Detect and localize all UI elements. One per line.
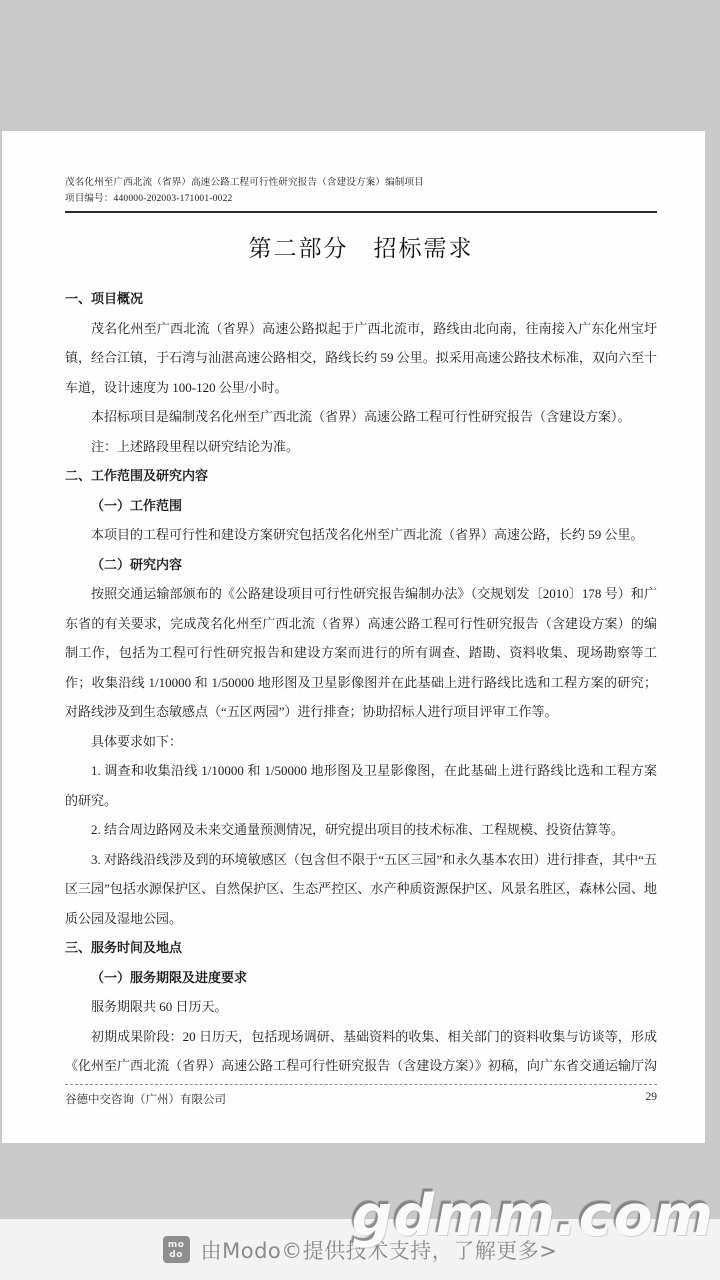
- paragraph: 具体要求如下：: [65, 727, 657, 757]
- header-rule: [65, 211, 657, 213]
- modo-logo-line2: do: [169, 1250, 183, 1260]
- section-heading: （一）服务期限及进度要求: [65, 963, 657, 993]
- paragraph: 服务期限共 60 日历天。: [65, 992, 657, 1022]
- support-link[interactable]: 由Modo©提供技术支持，了解更多>: [201, 1235, 558, 1265]
- section-heading: （二）研究内容: [65, 550, 657, 580]
- app-background: { "page": { "header": { "line1": "茂名化州至广…: [0, 0, 720, 1280]
- paragraph: 注：上述路段里程以研究结论为准。: [65, 432, 657, 462]
- paragraph: 按照交通运输部颁布的《公路建设项目可行性研究报告编制办法》（交规划发〔2010〕…: [65, 579, 657, 727]
- paragraph: 2. 结合周边路网及未来交通量预测情况，研究提出项目的技术标准、工程规模、投资估…: [65, 815, 657, 845]
- paragraph: 茂名化州至广西北流（省界）高速公路拟起于广西北流市，路线由北向南，往南接入广东化…: [65, 314, 657, 403]
- document-page: 茂名化州至广西北流（省界）高速公路工程可行性研究报告（含建设方案）编制项目 项目…: [2, 131, 705, 1143]
- support-bar: mo do 由Modo©提供技术支持，了解更多>: [0, 1219, 720, 1280]
- modo-logo-icon: mo do: [163, 1236, 190, 1263]
- section-heading: （一）工作范围: [65, 491, 657, 521]
- footer-page-number: 29: [646, 1091, 658, 1107]
- paragraph: 本项目的工程可行性和建设方案研究包括茂名化州至广西北流（省界）高速公路，长约 5…: [65, 520, 657, 550]
- page-footer: 谷德中交咨询（广州）有限公司 29: [65, 1084, 657, 1107]
- paragraph: 3. 对路线沿线涉及到的环境敏感区（包含但不限于“五区三园”和永久基本农田）进行…: [65, 845, 657, 934]
- page-content: 茂名化州至广西北流（省界）高速公路工程可行性研究报告（含建设方案）编制项目 项目…: [2, 131, 705, 1084]
- section-heading: 二、工作范围及研究内容: [65, 461, 657, 491]
- footer-company: 谷德中交咨询（广州）有限公司: [65, 1091, 226, 1107]
- paragraph: 本招标项目是编制茂名化州至广西北流（省界）高速公路工程可行性研究报告（含建设方案…: [65, 402, 657, 432]
- project-number-line: 项目编号：440000-202003-171001-0022: [65, 191, 657, 207]
- section-heading: 三、服务时间及地点: [65, 933, 657, 963]
- project-name-line: 茂名化州至广西北流（省界）高速公路工程可行性研究报告（含建设方案）编制项目: [65, 175, 657, 191]
- document-body: 一、项目概况茂名化州至广西北流（省界）高速公路拟起于广西北流市，路线由北向南，往…: [65, 284, 657, 1084]
- paragraph: 1. 调查和收集沿线 1/10000 和 1/50000 地形图及卫星影像图，在…: [65, 756, 657, 815]
- section-heading: 一、项目概况: [65, 284, 657, 314]
- paragraph: 初期成果阶段：20 日历天，包括现场调研、基础资料的收集、相关部门的资料收集与访…: [65, 1022, 657, 1085]
- modo-logo-line1: mo: [168, 1240, 185, 1250]
- document-header: 茂名化州至广西北流（省界）高速公路工程可行性研究报告（含建设方案）编制项目 项目…: [65, 175, 657, 213]
- section-title: 第二部分 招标需求: [65, 230, 657, 263]
